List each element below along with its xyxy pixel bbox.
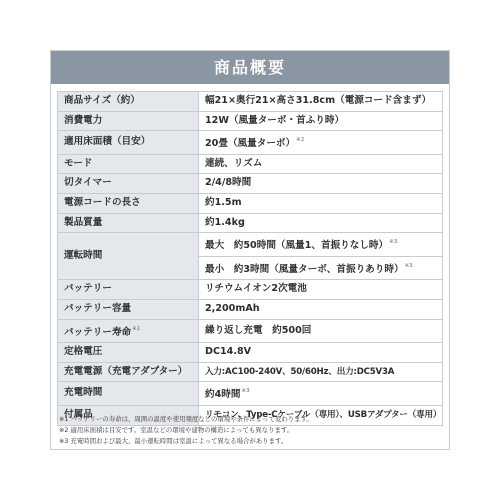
row-label: モード: [58, 154, 199, 174]
row-label: バッテリー容量: [58, 299, 199, 319]
row-value: 繰り返し充電 約500回: [199, 319, 443, 343]
product-overview-panel: 商品概要 商品サイズ（約） 幅21×奥行21×高さ31.8cm（電源コード含まず…: [50, 50, 450, 450]
row-value: リチウムイオン2次電池: [199, 280, 443, 300]
row-value: DC14.8V: [199, 343, 443, 363]
row-label: 充電電源（充電アダプター）: [58, 362, 199, 382]
table-row: 切タイマー 2/4/8時間: [58, 174, 443, 194]
table-row: 充電電源（充電アダプター） 入力:AC100-240V、50/60Hz、出力:D…: [58, 362, 443, 382]
row-value-min: 最小 約3時間（風量ターボ、首振りあり時）※3: [199, 256, 443, 280]
table-row: モード 連続、リズム: [58, 154, 443, 174]
row-label: 切タイマー: [58, 174, 199, 194]
footnote-1: ※1 バッテリーの寿命は、周囲の温度や使用頻度などの環境や条件によって変わります…: [59, 414, 313, 425]
row-label: 製品質量: [58, 213, 199, 233]
row-value: 入力:AC100-240V、50/60Hz、出力:DC5V3A: [199, 362, 443, 382]
row-label: バッテリー: [58, 280, 199, 300]
row-value-max: 最大 約50時間（風量1、首振りなし時）※3: [199, 233, 443, 257]
footnote-ref: ※1: [132, 326, 140, 332]
row-label: 商品サイズ（約）: [58, 92, 199, 112]
footnote-2: ※2 適用床面積は目安です。室温などの環境や建物の構造によっても異なります。: [59, 425, 313, 436]
row-value: 連続、リズム: [199, 154, 443, 174]
table-row: バッテリー リチウムイオン2次電池: [58, 280, 443, 300]
value-text: 最小 約3時間（風量ターボ、首振りあり時）: [205, 264, 404, 275]
footnote-ref: ※3: [389, 239, 397, 245]
table-row: 運転時間 最大 約50時間（風量1、首振りなし時）※3: [58, 233, 443, 257]
row-label: 充電時間: [58, 382, 199, 406]
row-label: 消費電力: [58, 111, 199, 131]
row-label: 適用床面積（目安）: [58, 131, 199, 155]
panel-title: 商品概要: [51, 51, 449, 84]
footnote-ref: ※2: [296, 137, 304, 143]
table-row: 適用床面積（目安） 20畳（風量ターボ）※2: [58, 131, 443, 155]
row-value: 約4時間※3: [199, 382, 443, 406]
footnote-ref: ※3: [241, 388, 249, 394]
table-row: バッテリー容量 2,200mAh: [58, 299, 443, 319]
row-value: 約1.4kg: [199, 213, 443, 233]
label-text: バッテリー寿命: [64, 327, 131, 338]
row-label: バッテリー寿命※1: [58, 319, 199, 343]
footnote-3: ※3 充電時間および最大、最小運転時間は室温によって異なる場合があります。: [59, 436, 313, 447]
row-label: 定格電圧: [58, 343, 199, 363]
row-value: 幅21×奥行21×高さ31.8cm（電源コード含まず）: [199, 92, 443, 112]
row-value: 20畳（風量ターボ）※2: [199, 131, 443, 155]
table-row: 商品サイズ（約） 幅21×奥行21×高さ31.8cm（電源コード含まず）: [58, 92, 443, 112]
value-text: 最大 約50時間（風量1、首振りなし時）: [205, 240, 388, 251]
spec-table: 商品サイズ（約） 幅21×奥行21×高さ31.8cm（電源コード含まず） 消費電…: [57, 91, 443, 426]
row-value: 2/4/8時間: [199, 174, 443, 194]
table-row: 充電時間 約4時間※3: [58, 382, 443, 406]
table-row: 製品質量 約1.4kg: [58, 213, 443, 233]
row-value: 2,200mAh: [199, 299, 443, 319]
row-label: 電源コードの長さ: [58, 193, 199, 213]
row-value: 12W（風量ターボ・首ふり時）: [199, 111, 443, 131]
table-row: 電源コードの長さ 約1.5m: [58, 193, 443, 213]
value-text: 20畳（風量ターボ）: [205, 138, 295, 149]
row-value: 約1.5m: [199, 193, 443, 213]
value-text: 約4時間: [205, 389, 240, 400]
table-row: バッテリー寿命※1 繰り返し充電 約500回: [58, 319, 443, 343]
row-label: 運転時間: [58, 233, 199, 280]
table-row: 消費電力 12W（風量ターボ・首ふり時）: [58, 111, 443, 131]
footnote-ref: ※3: [405, 263, 413, 269]
table-row: 定格電圧 DC14.8V: [58, 343, 443, 363]
footnotes: ※1 バッテリーの寿命は、周囲の温度や使用頻度などの環境や条件によって変わります…: [59, 414, 313, 447]
